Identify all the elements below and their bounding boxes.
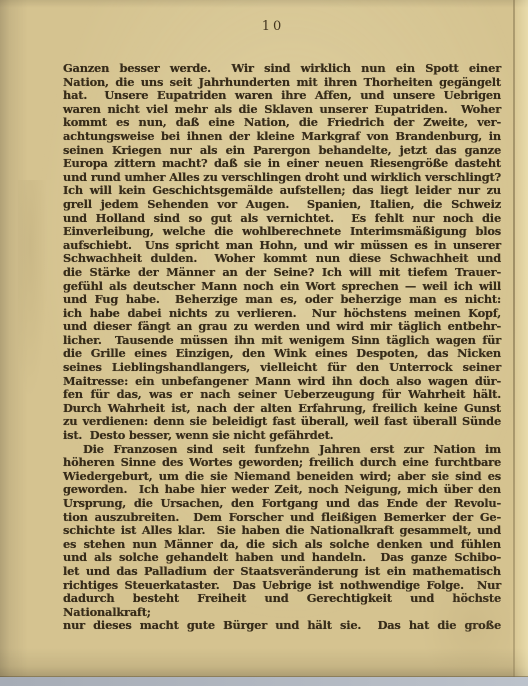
text-line: geworden. Ich habe hier weder Zeit, noch… [63,483,501,497]
text-line: Nation, die uns seit Jahrhunderten mit i… [63,76,501,90]
text-line: licher. Tausende müssen ihn mit wenigem … [63,334,501,348]
text-line: die Grille eines Einzigen, den Wink eine… [63,347,501,361]
text-line: dadurch besteht Freiheit und Gerechtigke… [63,592,501,619]
text-line: ich habe dabei nichts zu verlieren. Nur … [63,307,501,321]
text-line: Durch Wahrheit ist, nach der alten Erfah… [63,402,501,416]
text-line: hat. Unsere Eupatriden waren ihre Affen,… [63,89,501,103]
text-line: Einverleibung, welche die wohlberechnete… [63,225,501,239]
scan-background-strip [0,677,528,686]
text-line: achtungsweise bei ihnen der kleine Markg… [63,130,501,144]
scanned-book-page: 10 Ganzen besser werde. Wir sind wirklic… [0,0,528,686]
text-line: und Holland sind so gut als vernichtet. … [63,212,501,226]
text-line: schichte ist Alles klar. Sie haben die N… [63,524,501,538]
paper-stain [18,180,48,400]
text-line: fen für das, was er nach seiner Ueberzeu… [63,388,501,402]
text-line: ist. Desto besser, wenn sie nicht gefähr… [63,429,501,443]
text-line: höheren Sinne des Wortes geworden; freil… [63,456,501,470]
text-line: und Fug habe. Beherzige man es, oder beh… [63,293,501,307]
text-line: Wiedergeburt, um die sie Niemand beneide… [63,470,501,484]
text-line: zu verdienen: denn sie beleidigt fast üb… [63,415,501,429]
text-line: Maitresse: ein unbefangener Mann wird ih… [63,375,501,389]
text-line: Ich will kein Geschichtsgemälde aufstell… [63,184,501,198]
text-line: Europa zittern macht? daß sie in einer n… [63,157,501,171]
text-line: und dieser fängt an grau zu werden und w… [63,320,501,334]
text-line: Ganzen besser werde. Wir sind wirklich n… [63,62,501,76]
text-line: grell jedem Sehenden vor Augen. Spanien,… [63,198,501,212]
page-number: 10 [63,19,483,34]
text-line: aufschiebt. Uns spricht man Hohn, und wi… [63,239,501,253]
text-line: Schwachheit dulden. Woher kommt nun dies… [63,252,501,266]
text-line: waren nicht viel mehr als die Sklaven un… [63,103,501,117]
text-line: die Stärke der Männer an der Seine? Ich … [63,266,501,280]
text-line: richtiges Steuerkataster. Das Uebrige is… [63,579,501,593]
text-line: let und das Palladium der Staatsveränder… [63,565,501,579]
paragraph: Ganzen besser werde. Wir sind wirklich n… [63,62,501,443]
page-fold-line [513,0,515,677]
text-line: nur dieses macht gute Bürger und hält si… [63,619,501,633]
text-line: seinen Kriegen nur als ein Parergon beha… [63,144,501,158]
text-line: Die Franzosen sind seit funfzehn Jahren … [63,443,501,457]
text-line: tion auszubreiten. Dem Forscher und flei… [63,511,501,525]
text-line: gefühl als deutscher Mann noch ein Wort … [63,280,501,294]
book-page: 10 Ganzen besser werde. Wir sind wirklic… [0,0,528,677]
text-line: Ursprung, die Ursachen, den Fortgang und… [63,497,501,511]
page-text: Ganzen besser werde. Wir sind wirklich n… [63,62,501,633]
text-line: es stehen nun Männer da, die sich als so… [63,538,501,552]
text-line: seines Lieblingshandlangers, vielleicht … [63,361,501,375]
text-line: und rund umher Alles zu verschlingen dro… [63,171,501,185]
paragraph: Die Franzosen sind seit funfzehn Jahren … [63,443,501,633]
text-line: kommt es nun, daß eine Nation, die Fried… [63,116,501,130]
text-line: und als solche gehandelt haben und hande… [63,551,501,565]
